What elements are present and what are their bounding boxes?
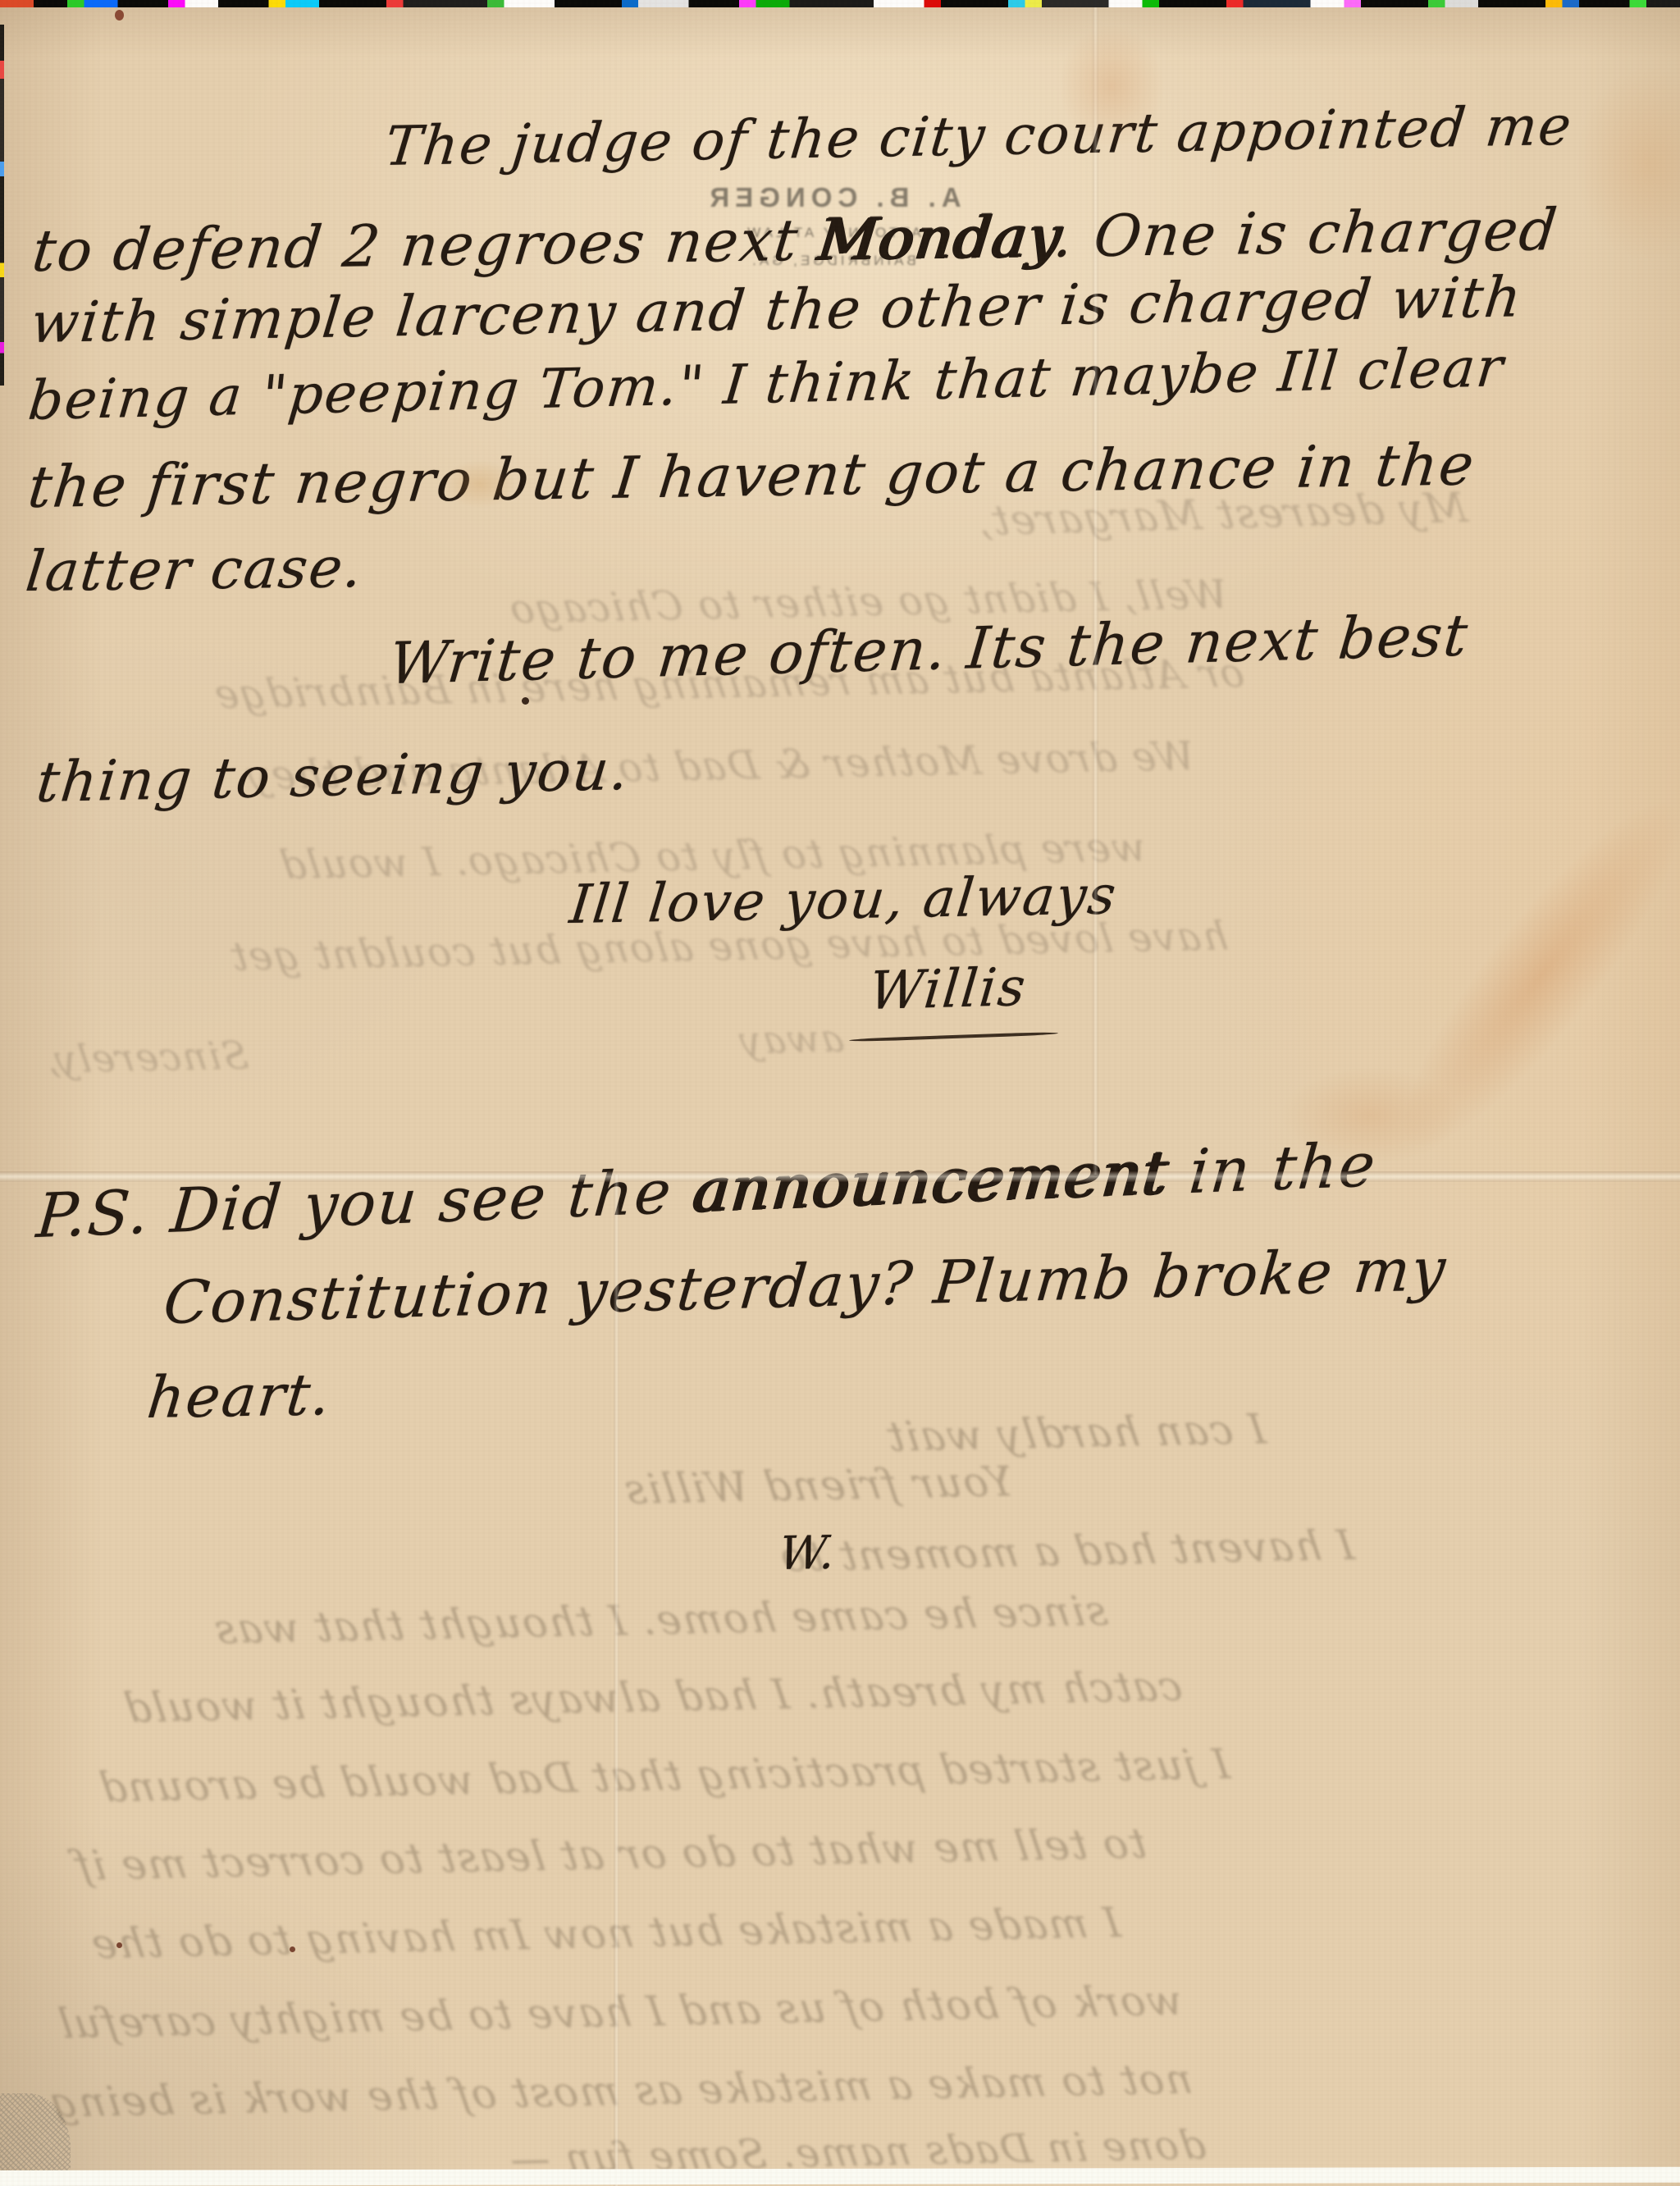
bleedthrough-line: I just started practicing that Dad would… xyxy=(95,1741,1233,1812)
stain-top-right xyxy=(1575,66,1680,262)
bleedthrough-line: I can hardly wait xyxy=(883,1405,1269,1461)
paper-speck xyxy=(115,10,124,21)
bleedthrough-line: I havent had a moment to xyxy=(776,1522,1357,1581)
ps-line-3: heart. xyxy=(144,1361,336,1431)
bleedthrough-line: away xyxy=(735,1016,847,1063)
paper-speck xyxy=(116,1942,122,1948)
ink-blot xyxy=(522,697,529,705)
signature-underline xyxy=(849,1032,1058,1043)
bleedthrough-line: Your friend Willis xyxy=(620,1458,1016,1513)
signature: Willis xyxy=(866,957,1029,1022)
scanned-letter-page: { "document_type": "handwritten letter (… xyxy=(0,0,1680,2186)
bleedthrough-line: work of both of us and I have to be migh… xyxy=(54,1977,1185,2048)
ps-line-2: Constitution yesterday? Plumb broke my xyxy=(161,1234,1450,1337)
letter-line-1: The judge of the city court appointed me xyxy=(382,94,1576,178)
paper-top-shading xyxy=(0,0,1680,57)
ps-line-1-post: in the xyxy=(1166,1130,1380,1208)
overwritten-word-announcement: announcement xyxy=(690,1138,1171,1227)
scanner-noise-strip-top xyxy=(0,0,1680,7)
bleedthrough-line: not to make a mistake as most of the wor… xyxy=(46,2055,1195,2126)
scanner-noise-strip-left xyxy=(0,25,4,386)
overwritten-word-monday: Monday xyxy=(815,203,1058,274)
letter-line-2-pre: to defend 2 negroes next xyxy=(30,207,823,285)
bleedthrough-line: Sincerely, xyxy=(42,1033,251,1081)
bleedthrough-line: catch my breath. I had always thought it… xyxy=(120,1663,1185,1732)
paper-speck xyxy=(290,1946,295,1952)
bleedthrough-line: to tell me what to do or at least to cor… xyxy=(71,1819,1149,1889)
letter-line-9: Ill love you, always xyxy=(567,865,1121,936)
scanbed-white-strip xyxy=(0,2167,1680,2186)
rust-stain-diagonal xyxy=(1369,774,1680,1175)
bleedthrough-line: I made a mistake but now Im having to do… xyxy=(87,1899,1123,1968)
ps-line-1-pre: P.S. Did you see the xyxy=(34,1156,696,1252)
letter-line-6: latter case. xyxy=(23,536,367,605)
ps-initial: W. xyxy=(777,1527,839,1581)
vertical-fold-crease-bottom xyxy=(614,1175,619,2186)
ps-line-1: P.S. Did you see the announcement in the xyxy=(34,1130,1379,1252)
bleedthrough-line: since he came home. I thought that was xyxy=(210,1587,1111,1654)
horizontal-fold-crease xyxy=(0,1171,1680,1182)
letter-line-2-post: . One is charged xyxy=(1051,196,1562,271)
vertical-fold-crease-top xyxy=(1093,0,1098,1175)
letter-line-8: thing to seeing you. xyxy=(34,738,632,815)
